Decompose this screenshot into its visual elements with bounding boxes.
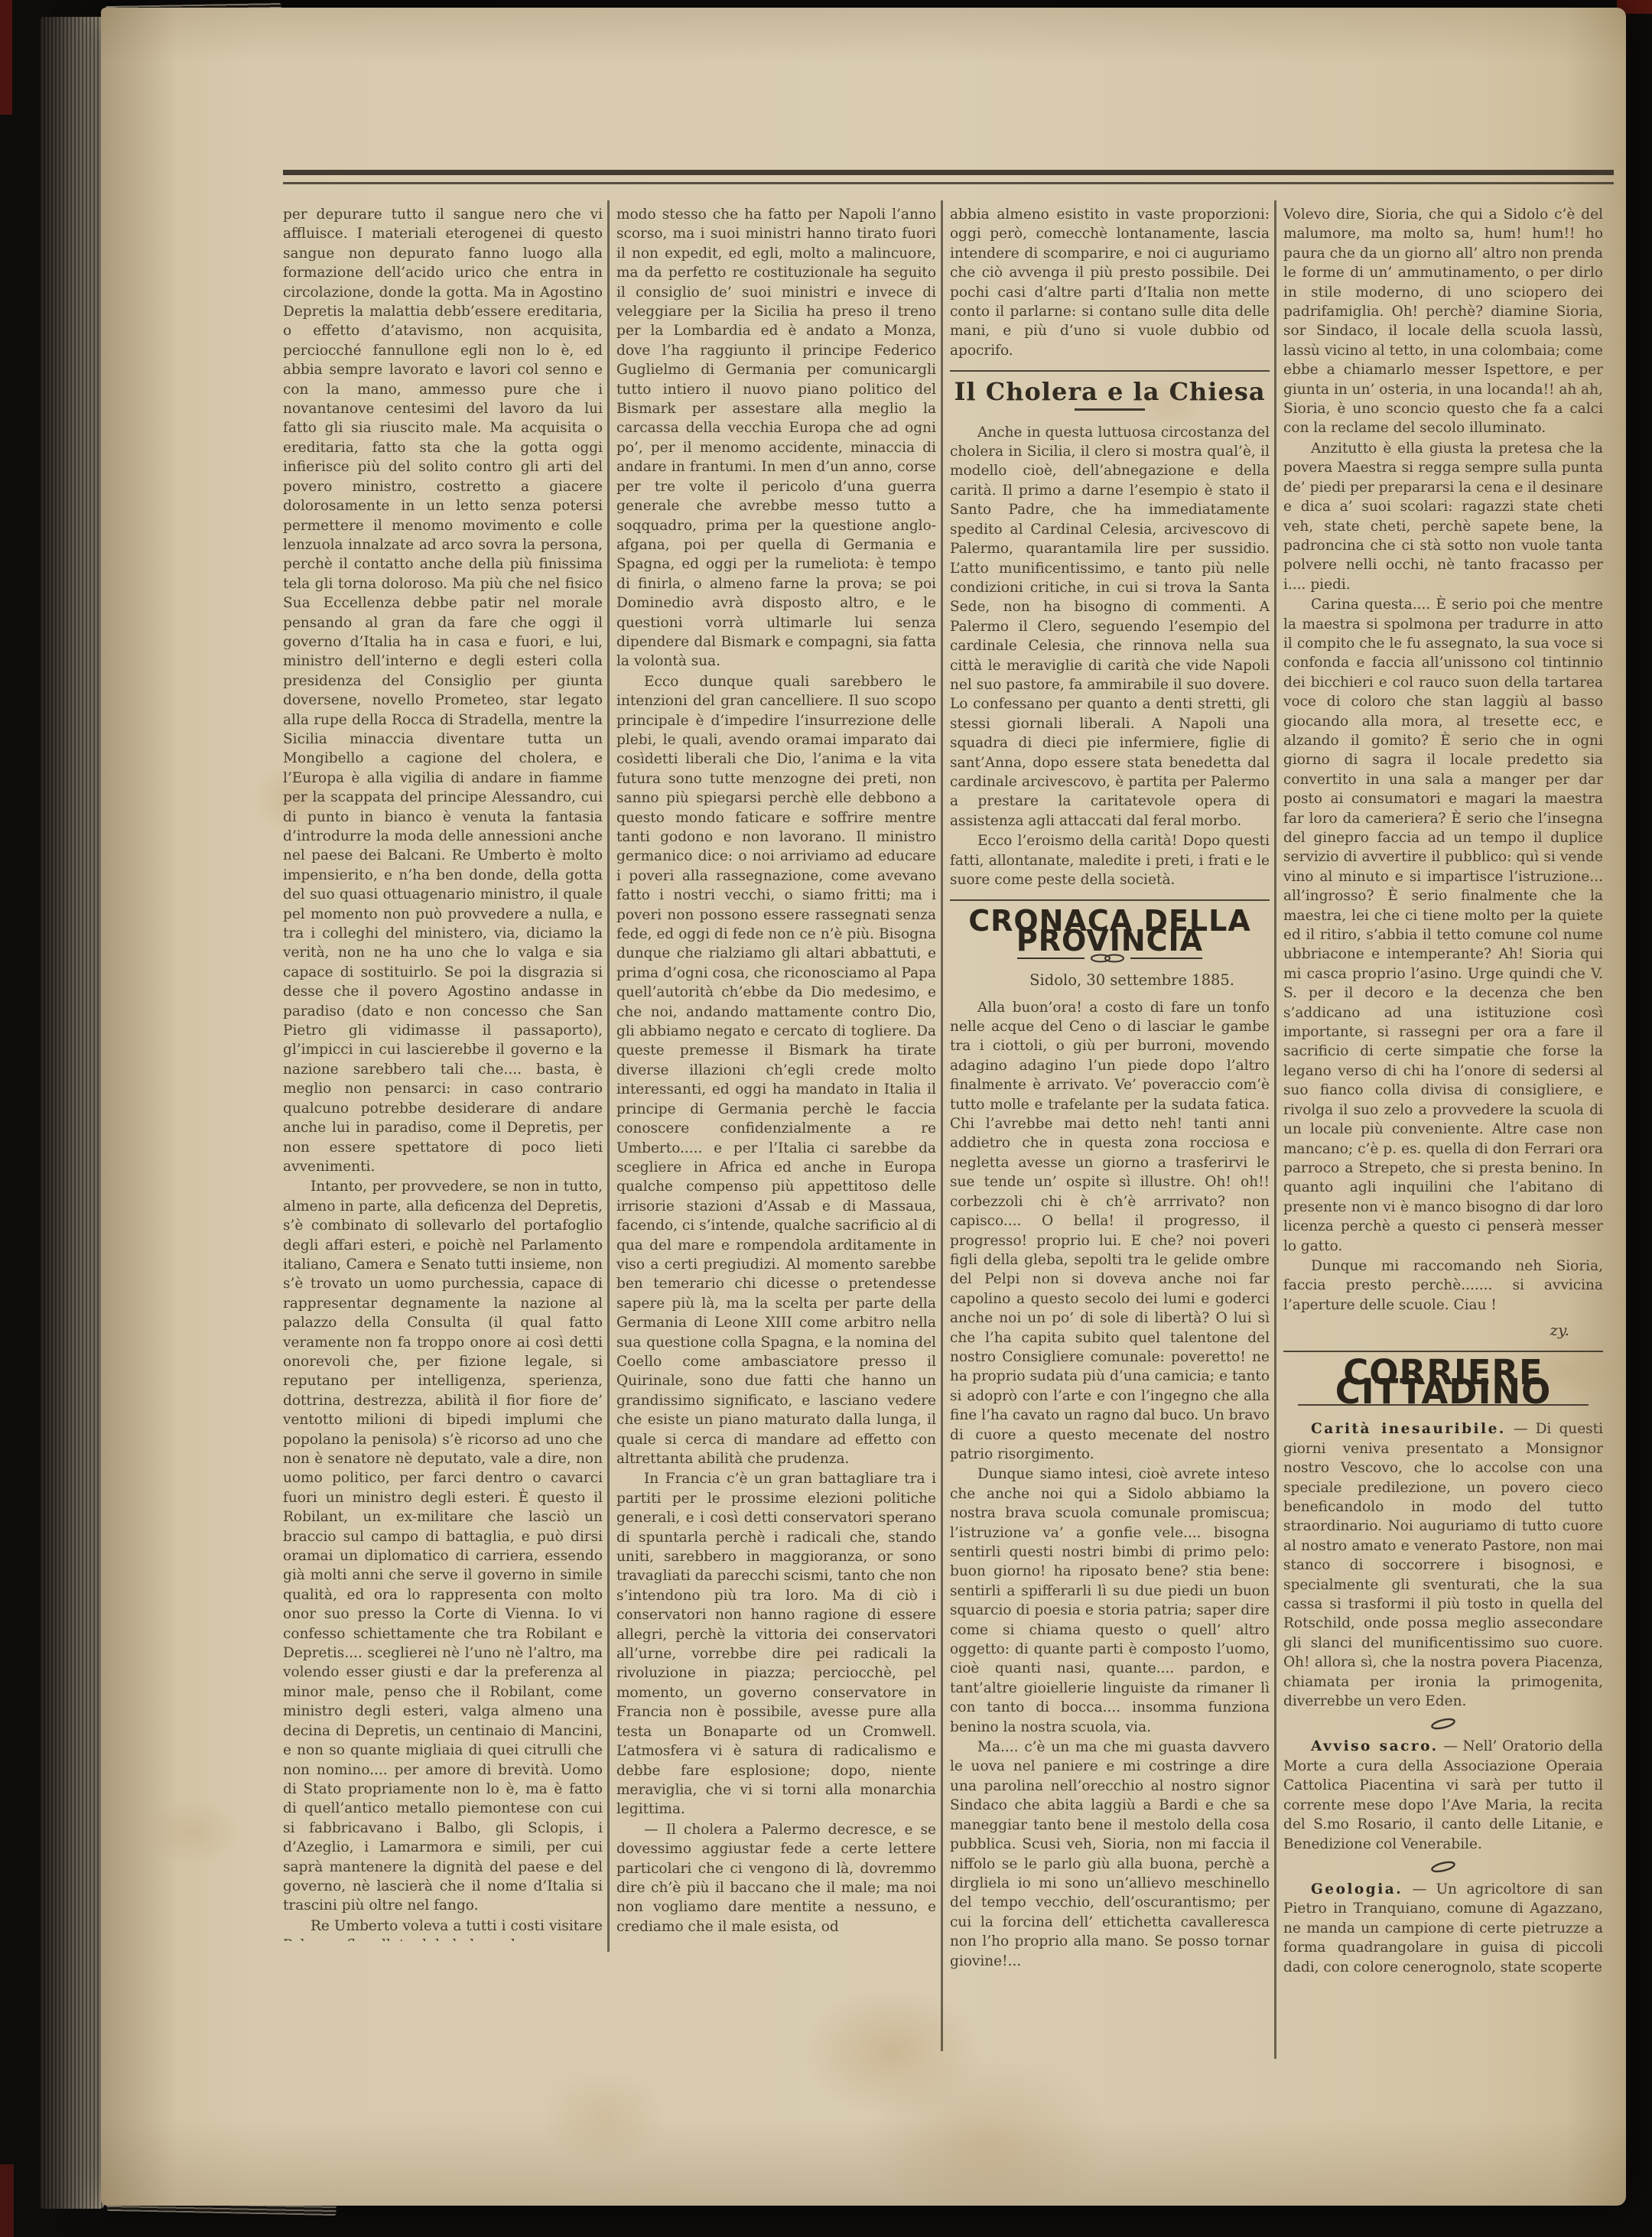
- column-1: per depurare tutto il sangue nero che vi…: [283, 205, 603, 1941]
- news-item-label: Avviso sacro.: [1311, 1738, 1439, 1754]
- paragraph: Volevo dire, Sioria, che qui a Sidolo c’…: [1283, 205, 1603, 438]
- paragraph: Anche in questa luttuosa circostanza del…: [950, 423, 1270, 831]
- title-underline-rule: [1075, 408, 1145, 411]
- book-cover-edge-top-left: [0, 0, 12, 115]
- column-4: Volevo dire, Sioria, che qui a Sidolo c’…: [1283, 205, 1603, 2102]
- column-divider-rule: [1274, 200, 1276, 2059]
- author-signature: zy.: [1283, 1321, 1603, 1340]
- section-title-corriere-cittadino: CORRIERE CITTADINO: [1283, 1363, 1603, 1402]
- news-item-text: — Di questi giorni veniva presentato a M…: [1283, 1421, 1603, 1709]
- news-item-label: Geologia.: [1311, 1881, 1403, 1897]
- book-page-stack-edges: [40, 17, 104, 2209]
- column-divider-rule: [607, 200, 610, 1952]
- page-text-area: per depurare tutto il sangue nero che vi…: [283, 170, 1614, 2189]
- paragraph: Dunque mi raccomando neh Sioria, faccia …: [1283, 1257, 1603, 1315]
- book-cover-edge-bottom-left: [0, 2164, 14, 2237]
- paragraph: Carina questa.... È serio poi che mentre…: [1283, 595, 1603, 1256]
- masthead-rule-thick: [283, 170, 1614, 175]
- paragraph: Anzitutto è ella giusta la pretesa che l…: [1283, 439, 1603, 594]
- oval-ornament-icon: [1426, 1860, 1461, 1874]
- column-3: abbia almeno esistito in vaste proporzio…: [950, 205, 1270, 2079]
- paragraph: Ecco l’eroismo della carità! Dopo questi…: [950, 831, 1270, 889]
- oval-ornament-icon: [1426, 1717, 1461, 1731]
- paragraph: — Il cholera a Palermo decresce, e se do…: [616, 1820, 936, 1936]
- masthead-rule-thin: [283, 182, 1614, 184]
- paragraph: per depurare tutto il sangue nero che vi…: [283, 205, 603, 1176]
- paragraph: Dunque siamo intesi, cioè avrete inteso …: [950, 1465, 1270, 1737]
- paragraph: In Francia c’è un gran battagliare tra i…: [616, 1469, 936, 1819]
- news-item: Carità inesauribile. — Di questi giorni …: [1283, 1419, 1603, 1711]
- column-divider-rule: [941, 200, 943, 2051]
- section-title-cronaca-della-provincia: CRONACA DELLA PROVINCIA: [950, 912, 1270, 951]
- paragraph: Ecco dunque quali sarebbero le intenzion…: [616, 672, 936, 1469]
- news-item: Avviso sacro. — Nell’ Oratorio della Mor…: [1283, 1737, 1603, 1853]
- paragraph: Intanto, per provvedere, se non in tutto…: [283, 1177, 603, 1915]
- section-separator-rule: [950, 899, 1270, 901]
- section-separator-rule: [950, 370, 1270, 372]
- paragraph: Re Umberto voleva a tutti i costi visita…: [283, 1917, 603, 1941]
- paragraph: Ma.... c’è un ma che mi guasta davvero l…: [950, 1738, 1270, 1971]
- news-item-label: Carità inesauribile.: [1311, 1421, 1506, 1437]
- article-title-cholera-e-chiesa: Il Cholera e la Chiesa: [950, 382, 1270, 402]
- news-item-text: — Nell’ Oratorio della Morte a cura dell…: [1283, 1738, 1603, 1852]
- screenshot-root: { "col1": { "p1": "per depurare tutto il…: [0, 0, 1652, 2237]
- dateline: Sidolo, 30 settembre 1885.: [950, 971, 1270, 990]
- paragraph: modo stesso che ha fatto per Napoli l’an…: [616, 205, 936, 671]
- news-item: Geologia. — Un agricoltore di san Pietro…: [1283, 1880, 1603, 1977]
- paragraph: Alla buon’ora! a costo di fare un tonfo …: [950, 998, 1270, 1465]
- paragraph: abbia almeno esistito in vaste proporzio…: [950, 205, 1270, 360]
- newspaper-page: per depurare tutto il sangue nero che vi…: [101, 8, 1626, 2206]
- column-2: modo stesso che ha fatto per Napoli l’an…: [616, 205, 936, 1987]
